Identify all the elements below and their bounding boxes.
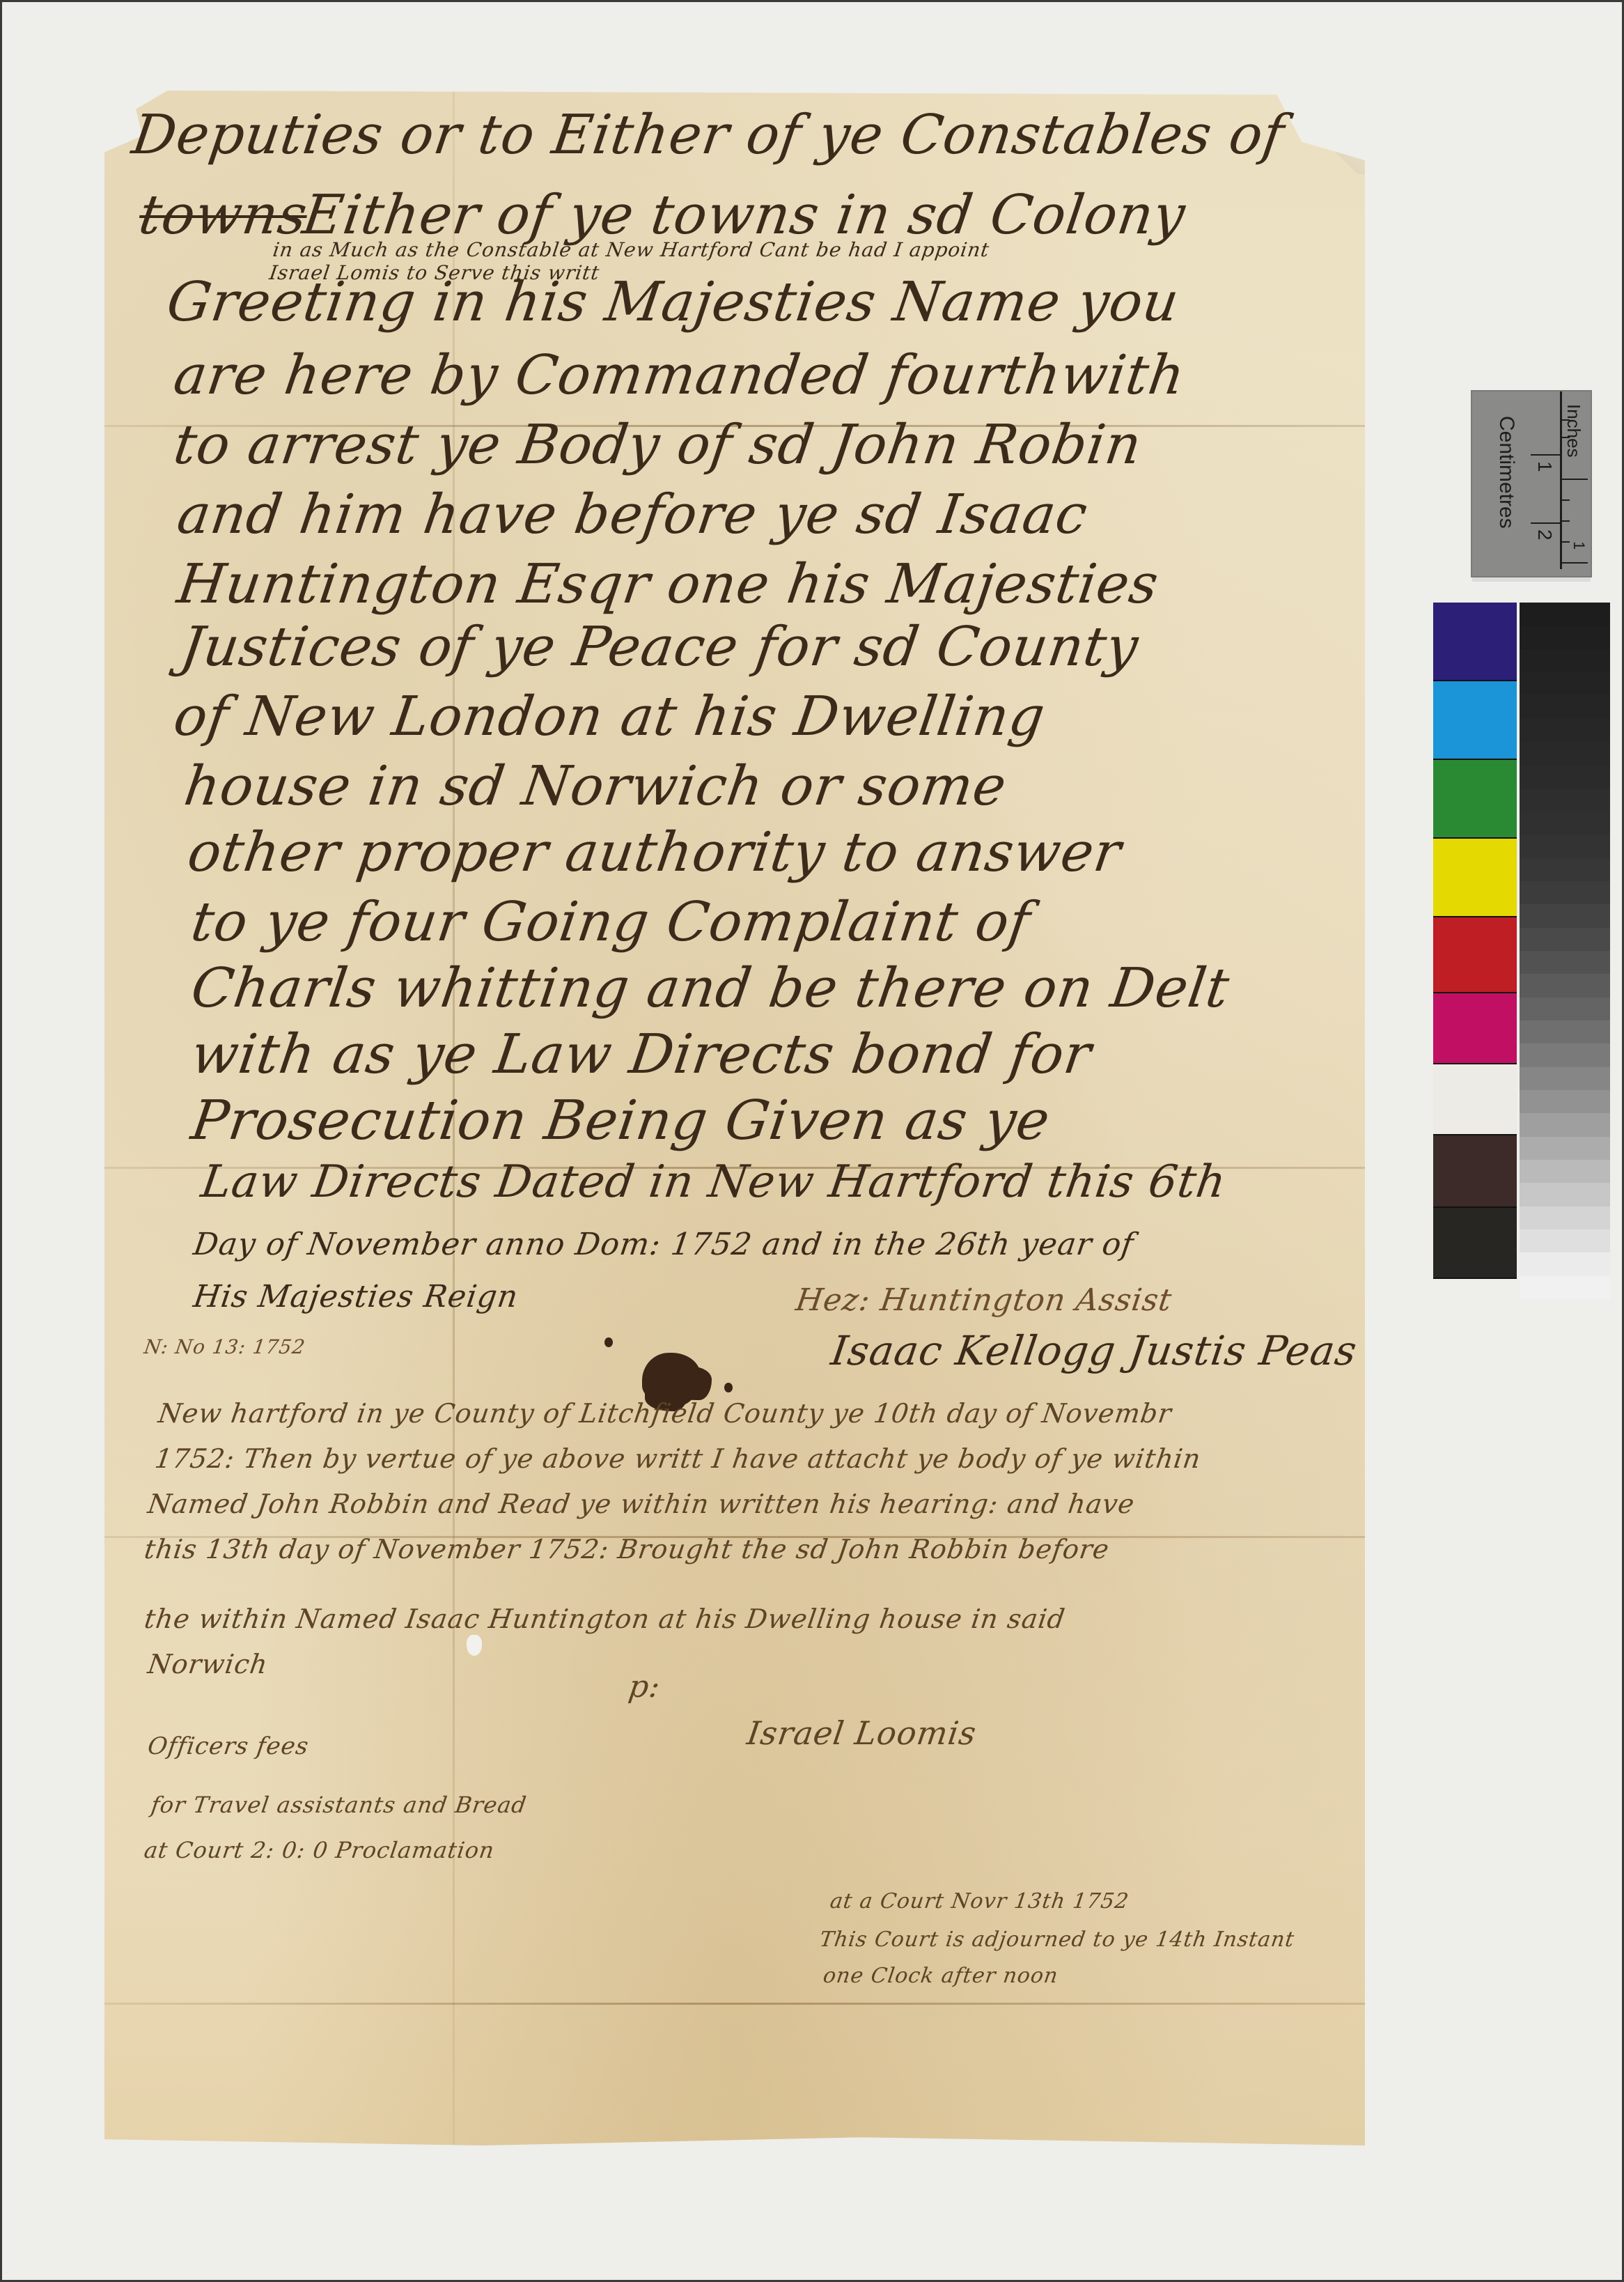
ruler-tick xyxy=(1560,437,1570,438)
return-line: New hartford in ye County of Litchfield … xyxy=(157,1400,1173,1427)
gray-step xyxy=(1520,695,1610,718)
body-line: are here by Commanded fourthwith xyxy=(171,348,1188,403)
body-line: with as ye Law Directs bond for xyxy=(188,1027,1095,1082)
body-line: Huntington Esqr one his Majesties xyxy=(174,557,1162,612)
gray-step xyxy=(1520,1252,1610,1275)
ruler-tick xyxy=(1560,479,1588,480)
ink-dot xyxy=(724,1383,733,1392)
court-note-line: at a Court Novr 13th 1752 xyxy=(829,1891,1130,1912)
return-line: Named John Robbin and Read ye within wri… xyxy=(146,1491,1137,1517)
per-mark: p: xyxy=(627,1672,662,1702)
body-line-rest: Either of ye towns in sd Colony xyxy=(299,188,1189,242)
body-line: other proper authority to answer xyxy=(185,825,1125,880)
color-patch xyxy=(1433,917,1517,993)
gray-step xyxy=(1520,649,1610,672)
gray-step xyxy=(1520,1090,1610,1113)
body-line: to arrest ye Body of sd John Robin xyxy=(171,418,1145,472)
gray-step xyxy=(1520,672,1610,695)
gray-step xyxy=(1520,1043,1610,1066)
gray-step xyxy=(1520,1113,1610,1136)
fold-line xyxy=(104,2003,1365,2005)
color-patch xyxy=(1433,839,1517,917)
gray-step xyxy=(1520,626,1610,649)
signature-justice: Isaac Kellogg Justis Peas xyxy=(829,1330,1359,1371)
ruler-label-inches: Inches xyxy=(1563,404,1584,458)
gray-step xyxy=(1520,998,1610,1020)
ruler-tick xyxy=(1531,522,1560,524)
gray-step xyxy=(1520,1020,1610,1043)
ruler-inch-mark: 1 xyxy=(1570,541,1588,550)
gray-step xyxy=(1520,1276,1610,1299)
body-line: house in sd Norwich or some xyxy=(181,759,1010,814)
ruler-label-centimetres: Centimetres xyxy=(1494,416,1518,529)
color-patch xyxy=(1433,1064,1517,1135)
court-note-line: one Clock after noon xyxy=(822,1966,1059,1987)
return-line: Norwich xyxy=(146,1651,270,1677)
interlinear-note: in as Much as the Constable at New Hartf… xyxy=(272,240,991,260)
color-patch xyxy=(1433,993,1517,1064)
signature-constable: Israel Loomis xyxy=(745,1717,978,1749)
fees-line: at Court 2: 0: 0 Proclamation xyxy=(143,1839,496,1861)
ruler-tick xyxy=(1560,419,1570,421)
ruler-tick xyxy=(1560,562,1588,564)
color-patches xyxy=(1433,603,1517,1279)
body-line: Greeting in his Majesties Name you xyxy=(164,275,1182,329)
gray-step xyxy=(1520,719,1610,742)
gray-step xyxy=(1520,1160,1610,1183)
color-patch xyxy=(1433,603,1517,681)
grayscale-strip xyxy=(1520,603,1610,1299)
file-note: N: No 13: 1752 xyxy=(143,1337,306,1357)
gray-step xyxy=(1520,603,1610,626)
signature-assistant: Hez: Huntington Assist xyxy=(794,1285,1174,1316)
return-line: 1752: Then by vertue of ye above writt I… xyxy=(153,1445,1203,1472)
color-patch xyxy=(1433,681,1517,760)
body-line: Day of November anno Dom: 1752 and in th… xyxy=(192,1229,1136,1260)
gray-step xyxy=(1520,1229,1610,1252)
color-patch xyxy=(1433,1208,1517,1279)
gray-step xyxy=(1520,1206,1610,1229)
gray-step xyxy=(1520,812,1610,835)
color-calibration-target xyxy=(1421,596,1623,1989)
fees-line: Officers fees xyxy=(146,1734,311,1758)
body-line: Law Directs Dated in New Hartford this 6… xyxy=(198,1160,1229,1204)
court-note-line: This Court is adjourned to ye 14th Insta… xyxy=(818,1930,1296,1950)
ruler-tick xyxy=(1531,454,1560,456)
tear-hole xyxy=(467,1635,482,1656)
gray-step xyxy=(1520,928,1610,951)
gray-step xyxy=(1520,1183,1610,1206)
return-line: this 13th day of November 1752: Brought … xyxy=(143,1536,1111,1562)
gray-step xyxy=(1520,765,1610,788)
return-line: the within Named Isaac Huntington at his… xyxy=(143,1606,1067,1632)
folded-corner xyxy=(1295,104,1365,174)
ruler-tick xyxy=(1560,520,1570,522)
ruler-cm-mark: 2 xyxy=(1533,529,1556,541)
body-line: Deputies or to Either of ye Constables o… xyxy=(129,108,1288,162)
color-patch xyxy=(1433,1135,1517,1208)
gray-step xyxy=(1520,835,1610,857)
gray-step xyxy=(1520,1067,1610,1090)
gray-step xyxy=(1520,951,1610,974)
ruler-tick xyxy=(1560,499,1570,501)
gray-step xyxy=(1520,974,1610,997)
color-patch xyxy=(1433,760,1517,839)
gray-step xyxy=(1520,1137,1610,1160)
gray-step xyxy=(1520,789,1610,812)
gray-step xyxy=(1520,881,1610,904)
body-line: of New London at his Dwelling xyxy=(171,690,1049,744)
fees-line: for Travel assistants and Bread xyxy=(150,1794,528,1816)
body-line: to ye four Going Complaint of xyxy=(188,895,1034,949)
body-line: Prosecution Being Given as ye xyxy=(188,1094,1054,1148)
body-line: and him have before ye sd Isaac xyxy=(174,488,1091,542)
gray-step xyxy=(1520,742,1610,765)
gray-step xyxy=(1520,904,1610,927)
scale-ruler: Centimetres Inches 1 2 1 xyxy=(1471,390,1592,577)
gray-step xyxy=(1520,858,1610,881)
ruler-tick xyxy=(1560,541,1570,543)
body-line: Charls whitting and be there on Delt xyxy=(188,961,1233,1016)
body-line: His Majesties Reign xyxy=(192,1282,520,1312)
ink-dot xyxy=(604,1337,613,1347)
body-line: Justices of ye Peace for sd County xyxy=(178,620,1142,674)
ruler-cm-mark: 1 xyxy=(1533,461,1556,472)
